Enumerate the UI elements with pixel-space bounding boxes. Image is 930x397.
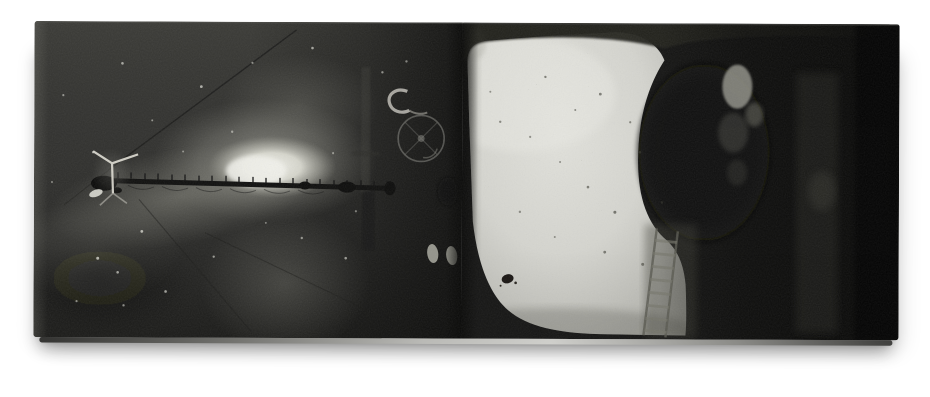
photobook — [0, 0, 930, 397]
book-pages — [4, 21, 899, 361]
book-spread-art — [0, 0, 930, 397]
backdrop — [0, 0, 930, 397]
film-grain-overlay — [33, 21, 899, 340]
